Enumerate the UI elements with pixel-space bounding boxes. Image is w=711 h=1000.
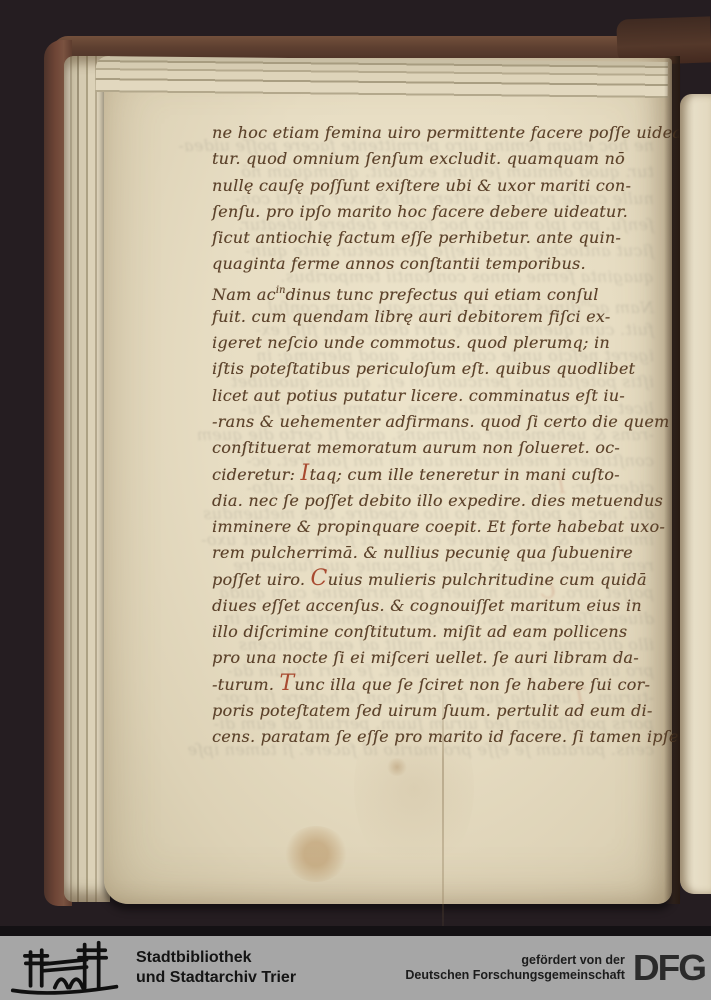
funding-line2: Deutschen Forschungsgemeinschaft bbox=[405, 968, 625, 983]
manuscript-line: imminere & propinquare coepit. Et forte … bbox=[212, 514, 654, 540]
manuscript-line: -turum. Tunc illa que ſe ſciret non ſe h… bbox=[212, 671, 654, 697]
manuscript-line: rem pulcherrimā. & nullius pecunię qua ſ… bbox=[212, 540, 654, 566]
manuscript-line: iſtis poteſtatibus periculoſum eſt. quib… bbox=[212, 356, 654, 382]
manuscript-line: Nam acindinus tunc prefectus qui etiam c… bbox=[212, 278, 654, 304]
manuscript-line: igeret neſcio unde commotus. quod plerum… bbox=[212, 330, 654, 356]
facing-page-edge bbox=[680, 94, 711, 894]
manuscript-line: quaginta ferme annos conſtantii temporib… bbox=[212, 251, 654, 277]
trier-library-logo bbox=[10, 939, 122, 997]
dfg-logo: DFG bbox=[633, 947, 705, 988]
manuscript-line: dia. nec ſe poſſet debito illo expedire.… bbox=[212, 488, 654, 514]
page-top-edges bbox=[95, 56, 668, 122]
manuscript-line: conſtituerat memoratum aurum non ſoluere… bbox=[212, 435, 654, 461]
funding-line1: gefördert von der bbox=[405, 953, 625, 968]
library-name: Stadtbibliothek und Stadtarchiv Trier bbox=[136, 948, 296, 988]
manuscript-line: ſicut antiochię factum eſſe perhibetur. … bbox=[212, 225, 654, 251]
library-name-line2: und Stadtarchiv Trier bbox=[136, 968, 296, 988]
manuscript-line: -rans & uehementer adfirmans. quod ſi ce… bbox=[212, 409, 654, 435]
manuscript-line: poris poteſtatem ſed uirum ſuum. pertuli… bbox=[212, 698, 654, 724]
manuscript-line: ſenſu. pro ipſo marito hoc facere debere… bbox=[212, 199, 654, 225]
manuscript-line: poſſet uiro. Cuius mulieris pulchritudin… bbox=[212, 566, 654, 592]
book-gutter-shadow bbox=[664, 56, 680, 904]
digitized-manuscript-viewer: ne hoc etiam femina uiro permittente fac… bbox=[0, 0, 711, 1000]
photo-banner-divider bbox=[0, 926, 711, 936]
manuscript-line: ne hoc etiam femina uiro permittente fac… bbox=[212, 120, 654, 146]
manuscript-text-block: ne hoc etiam femina uiro permittente fac… bbox=[212, 120, 654, 750]
manuscript-line: cideretur: Itaq; cum ille teneretur in m… bbox=[212, 461, 654, 487]
manuscript-line: cens. paratam ſe eſſe pro marito id face… bbox=[212, 724, 654, 750]
manuscript-line: pro una nocte ſi ei miſceri uellet. ſe a… bbox=[212, 645, 654, 671]
manuscript-line: nullę cauſę poſſunt exiſtere ubi & uxor … bbox=[212, 173, 654, 199]
manuscript-line: fuit. cum quendam librę auri debitorem f… bbox=[212, 304, 654, 330]
funding-credit: gefördert von der Deutschen Forschungsge… bbox=[405, 953, 625, 983]
footer-banner: Stadtbibliothek und Stadtarchiv Trier ge… bbox=[0, 936, 711, 1000]
manuscript-line: illo diſcrimine conſtitutum. miſit ad ea… bbox=[212, 619, 654, 645]
manuscript-photo: ne hoc etiam femina uiro permittente fac… bbox=[0, 0, 711, 926]
parchment-stain bbox=[284, 826, 348, 882]
manuscript-page: ne hoc etiam femina uiro permittente fac… bbox=[104, 58, 672, 904]
manuscript-line: licet aut potius putatur licere. commina… bbox=[212, 383, 654, 409]
library-name-line1: Stadtbibliothek bbox=[136, 948, 296, 968]
manuscript-line: tur. quod omnium ſenſum excludit. quamqu… bbox=[212, 146, 654, 172]
manuscript-line: diues eſſet accenſus. & cognouiſſet mari… bbox=[212, 593, 654, 619]
